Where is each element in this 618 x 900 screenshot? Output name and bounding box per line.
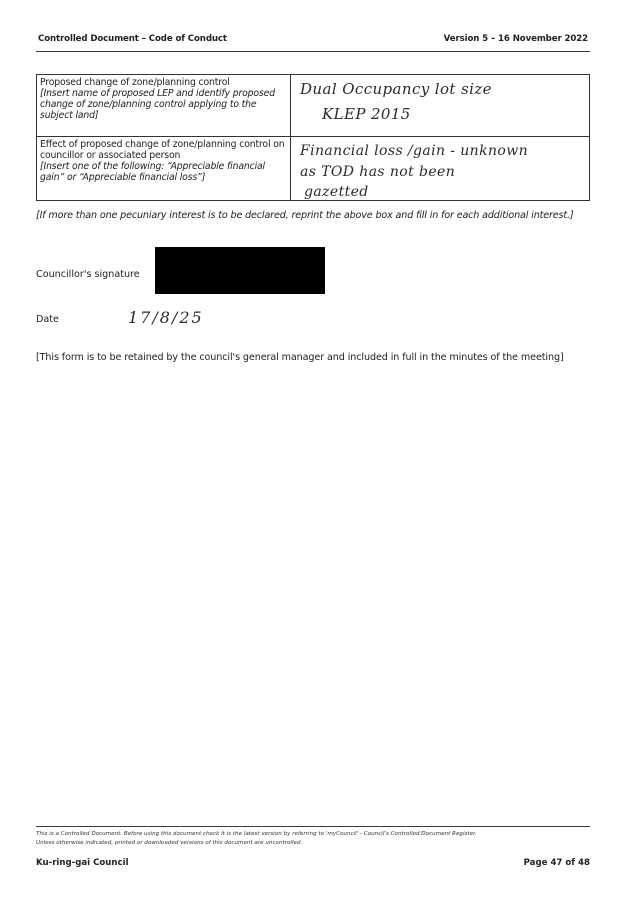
- scan-speck: ·: [2, 2, 8, 6]
- handwritten-zone-change-line1: Dual Occupancy lot size: [300, 80, 492, 98]
- effect-label: Effect of proposed change of zone/planni…: [40, 139, 285, 161]
- retention-note: [This form is to be retained by the coun…: [36, 352, 596, 365]
- zone-change-label: Proposed change of zone/planning control: [40, 77, 230, 88]
- handwritten-effect-line2: as TOD has not been: [300, 164, 455, 180]
- footer-disclaimer-line1: This is a Controlled Document. Before us…: [36, 831, 477, 837]
- signature-redaction: [155, 247, 325, 294]
- page-number: Page 47 of 48: [524, 858, 590, 868]
- effect-label-cell: Effect of proposed change of zone/planni…: [37, 137, 291, 201]
- additional-interest-note: [If more than one pecuniary interest is …: [36, 210, 596, 223]
- zone-change-instruction: [Insert name of proposed LEP and identif…: [40, 88, 275, 121]
- page-header: Controlled Document – Code of Conduct Ve…: [36, 32, 590, 52]
- signature-label: Councillor's signature: [36, 269, 140, 280]
- document-title: Controlled Document – Code of Conduct: [38, 34, 227, 44]
- handwritten-zone-change-line2: KLEP 2015: [322, 105, 411, 123]
- organisation-name: Ku-ring-gai Council: [36, 858, 129, 868]
- handwritten-effect-line1: Financial loss /gain - unknown: [300, 143, 528, 159]
- handwritten-effect-line3: gazetted: [304, 184, 369, 200]
- effect-instruction: [Insert one of the following: “Appreciab…: [40, 161, 265, 183]
- document-version: Version 5 – 16 November 2022: [444, 34, 588, 44]
- handwritten-date: 17/8/25: [128, 308, 204, 327]
- date-label: Date: [36, 314, 59, 325]
- footer-disclaimer-line2: Unless otherwise indicated, printed or d…: [36, 840, 302, 846]
- footer-disclaimer: This is a Controlled Document. Before us…: [36, 830, 596, 848]
- footer-divider: [36, 826, 590, 827]
- zone-change-label-cell: Proposed change of zone/planning control…: [37, 75, 291, 137]
